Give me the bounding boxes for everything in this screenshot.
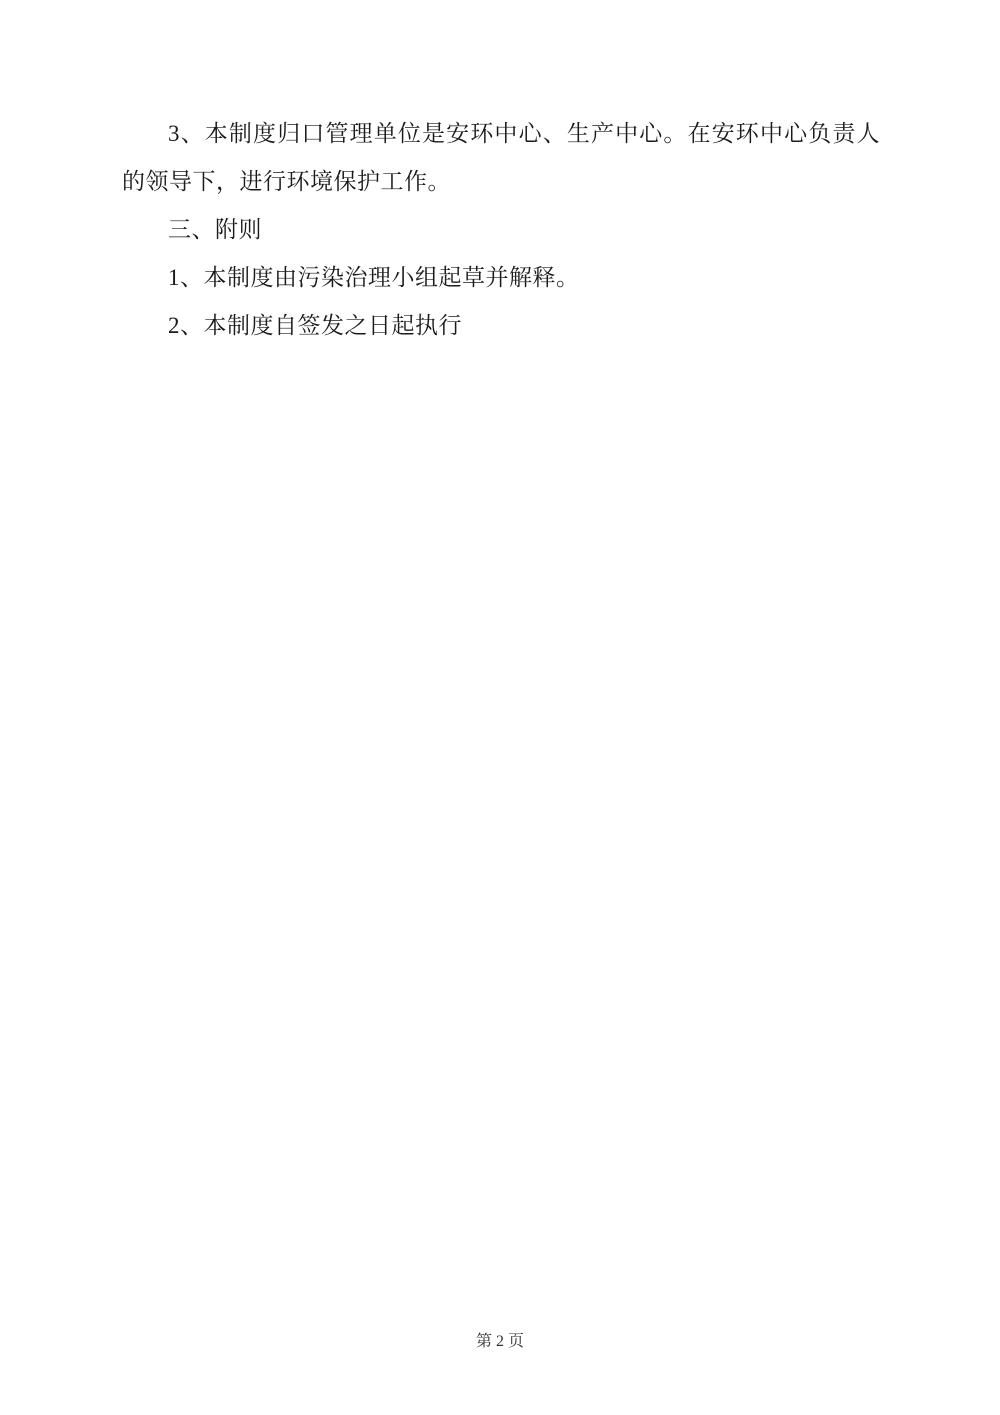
document-body: 3、本制度归口管理单位是安环中心、生产中心。在安环中心负责人的领导下，进行环境保…	[122, 110, 880, 350]
paragraph-item-2: 2、本制度自签发之日起执行	[122, 302, 880, 350]
heading-section-3: 三、附则	[122, 206, 880, 254]
page-footer: 第 2 页	[0, 1330, 1000, 1354]
paragraph-item-1: 1、本制度由污染治理小组起草并解释。	[122, 254, 880, 302]
paragraph-clause-3: 3、本制度归口管理单位是安环中心、生产中心。在安环中心负责人的领导下，进行环境保…	[122, 110, 880, 206]
document-page: 3、本制度归口管理单位是安环中心、生产中心。在安环中心负责人的领导下，进行环境保…	[0, 0, 1000, 1415]
